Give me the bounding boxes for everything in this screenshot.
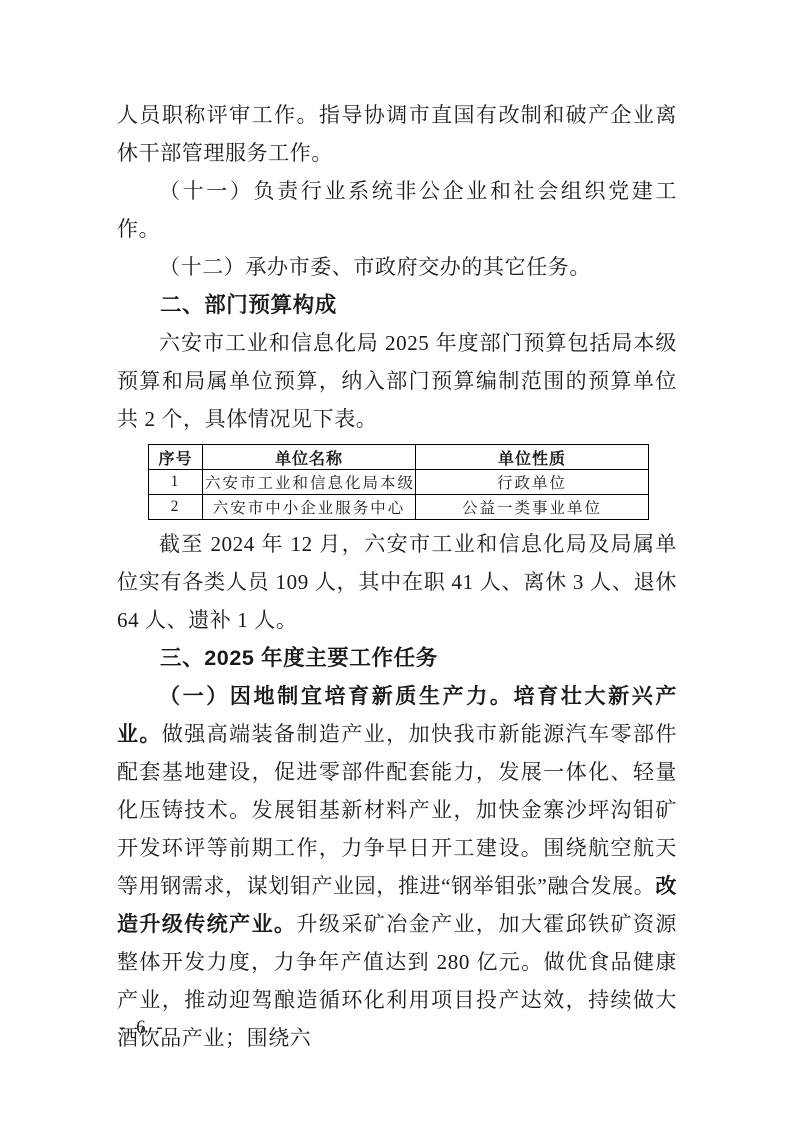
table-header-unit-type: 单位性质 (416, 445, 649, 470)
table-row: 2 六安市中小企业服务中心 公益一类事业单位 (149, 495, 649, 520)
section-heading-3: 三、2025 年度主要工作任务 (117, 639, 677, 677)
budget-units-table: 序号 单位名称 单位性质 1 六安市工业和信息化局本级 行政单位 2 六安市中小… (148, 444, 649, 520)
paragraph-item-11: （十一）负责行业系统非公企业和社会组织党建工作。 (117, 172, 677, 248)
paragraph-budget-scope: 六安市工业和信息化局 2025 年度部门预算包括局本级预算和局属单位预算，纳入部… (117, 324, 677, 438)
cell-unit-name: 六安市工业和信息化局本级 (203, 470, 416, 495)
cell-unit-name: 六安市中小企业服务中心 (203, 495, 416, 520)
paragraph-item-12: （十二）承办市委、市政府交办的其它任务。 (117, 248, 677, 286)
table-header-unit-name: 单位名称 (203, 445, 416, 470)
document-page: 人员职称评审工作。指导协调市直国有改制和破产企业离休干部管理服务工作。 （十一）… (0, 0, 793, 1122)
cell-unit-type: 行政单位 (416, 470, 649, 495)
document-body: 人员职称评审工作。指导协调市直国有改制和破产企业离休干部管理服务工作。 （十一）… (117, 96, 677, 1057)
paragraph-staff-count: 截至 2024 年 12 月，六安市工业和信息化局及局属单位实有各类人员 109… (117, 525, 677, 639)
cell-unit-type: 公益一类事业单位 (416, 495, 649, 520)
paragraph-continuation: 人员职称评审工作。指导协调市直国有改制和破产企业离休干部管理服务工作。 (117, 96, 677, 172)
table-row: 1 六安市工业和信息化局本级 行政单位 (149, 470, 649, 495)
table-header-row: 序号 单位名称 单位性质 (149, 445, 649, 470)
page-number: - 6 - (119, 1017, 166, 1039)
table-header-seq: 序号 (149, 445, 203, 470)
tasks-body-1: 做强高端装备制造产业，加快我市新能源汽车零部件配套基地建设，促进零部件配套能力，… (117, 722, 677, 898)
cell-seq: 2 (149, 495, 203, 520)
cell-seq: 1 (149, 470, 203, 495)
paragraph-tasks: （一）因地制宜培育新质生产力。培育壮大新兴产业。做强高端装备制造产业，加快我市新… (117, 677, 677, 1057)
section-heading-2: 二、部门预算构成 (117, 286, 677, 324)
